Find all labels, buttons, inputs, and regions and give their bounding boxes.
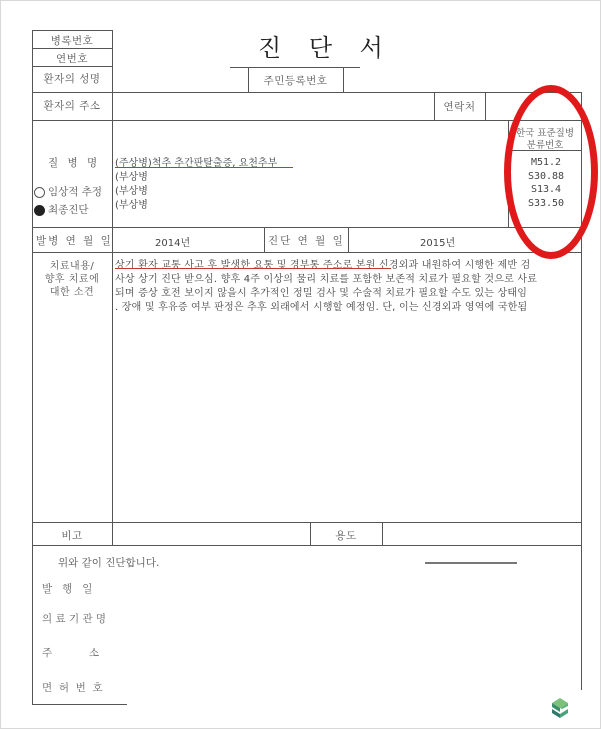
red-underline	[115, 268, 391, 269]
cube-logo-icon	[548, 696, 572, 720]
issue-date-label: 발 행 일	[42, 581, 92, 596]
grid-line	[32, 545, 582, 546]
redaction-mark	[425, 562, 517, 564]
grid-line	[32, 227, 582, 228]
diagnosis-date-value: 2015년	[420, 234, 455, 249]
patient-name-label: 환자의 성명	[32, 71, 112, 86]
opinion-label-line3: 대한 소견	[32, 283, 112, 298]
remarks-label: 비고	[32, 528, 112, 543]
purpose-label: 용도	[310, 528, 382, 543]
grid-line	[32, 252, 582, 253]
secondary-diagnosis-2: (부상병	[115, 182, 148, 197]
grid-line	[32, 30, 112, 31]
grid-line	[32, 48, 112, 49]
contact-label: 연락처	[434, 99, 485, 114]
license-number-label: 면 허 번 호	[42, 680, 103, 695]
resident-id-label: 주민등록번호	[248, 73, 343, 88]
onset-date-label: 발병 연 월 일	[36, 233, 113, 248]
institution-name-label: 의 료 기 관 명	[42, 611, 106, 626]
diagnosis-label: 질 병 명	[48, 155, 100, 170]
grid-line	[348, 227, 349, 252]
grid-line	[581, 545, 582, 690]
opinion-line-2: 사상 상기 진단 받으심. 향후 4주 이상의 물리 치료를 포함한 보존적 치…	[115, 270, 537, 285]
grid-line	[264, 227, 265, 252]
grid-line	[32, 120, 582, 121]
onset-date-value: 2014년	[155, 234, 190, 249]
opinion-line-3: 되며 증상 호전 보이지 않을시 추가적인 정밀 검사 및 수술적 치료가 필요…	[115, 284, 527, 299]
purpose-field[interactable]	[383, 523, 580, 544]
patient-name-field[interactable]	[113, 68, 247, 90]
secondary-diagnosis-1: (부상병	[115, 168, 148, 183]
secondary-diagnosis-3: (부상병	[115, 196, 148, 211]
address-label: 주 소	[42, 645, 99, 660]
grid-line	[32, 704, 127, 705]
radio-selected-icon[interactable]	[34, 205, 45, 216]
red-annotation-ellipse	[504, 85, 598, 259]
serial-number-label: 연번호	[32, 51, 112, 66]
resident-id-field[interactable]	[344, 68, 494, 90]
declaration-statement: 위와 같이 진단합니다.	[58, 555, 159, 570]
grid-line	[230, 67, 360, 68]
document-title: 진 단 서	[258, 28, 393, 63]
record-number-label: 병록번호	[32, 33, 112, 48]
grid-line	[32, 66, 112, 67]
radio-unselected-icon[interactable]	[34, 187, 45, 198]
final-diagnosis-option[interactable]: 최종진단	[34, 202, 89, 217]
patient-address-field[interactable]	[113, 93, 433, 118]
opinion-line-4: . 장애 및 후유증 여부 판정은 추후 외래에서 시행할 예정임. 단, 이는…	[115, 298, 527, 313]
patient-address-label: 환자의 주소	[32, 98, 112, 113]
remarks-field[interactable]	[113, 523, 309, 544]
diagnosis-date-label: 진단 연 월 일	[268, 233, 345, 248]
clinical-estimate-option[interactable]: 임상적 추정	[34, 184, 102, 199]
grid-line	[32, 545, 33, 705]
